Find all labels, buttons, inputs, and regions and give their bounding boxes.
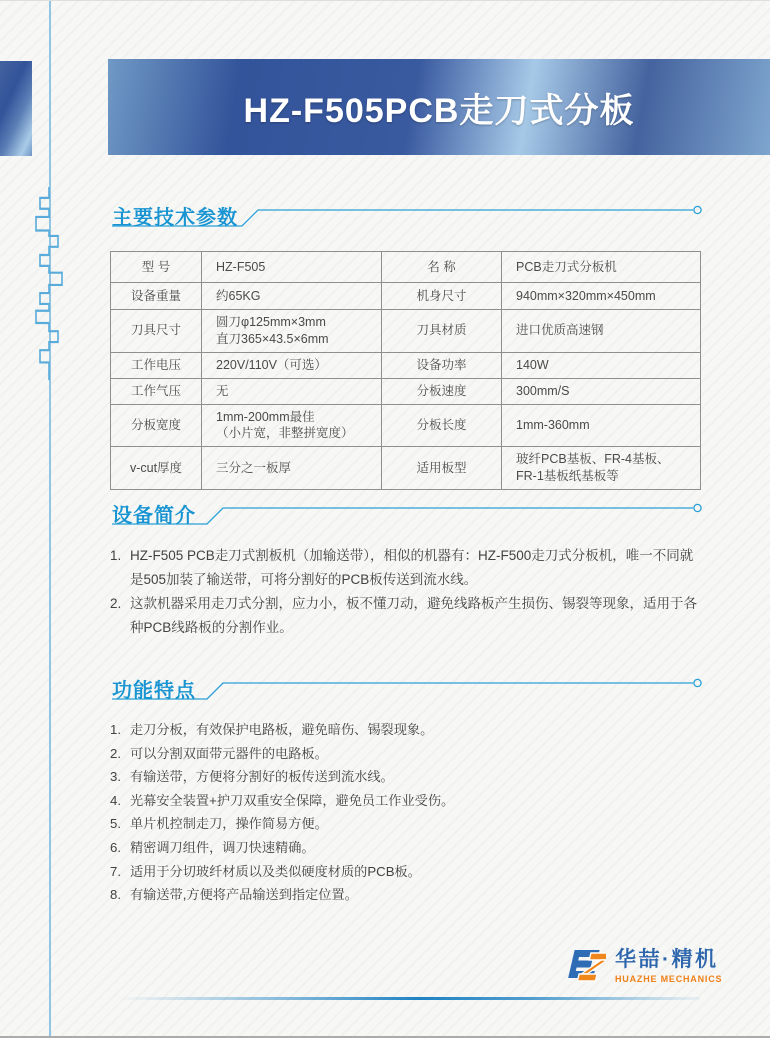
section-title: 设备简介 bbox=[112, 499, 196, 528]
item-text: 适用于分切玻纤材质以及类似硬度材质的PCB板。 bbox=[130, 860, 706, 884]
section-specs-header: 主要技术参数 bbox=[110, 201, 704, 233]
item-text: 光幕安全装置+护刀双重安全保障，避免员工作业受伤。 bbox=[130, 789, 706, 813]
list-item: 2. 可以分割双面带元器件的电路板。 bbox=[110, 742, 706, 766]
table-row: 工作气压 无 分板速度 300mm/S bbox=[111, 378, 701, 404]
table-row: 型 号 HZ-F505 名 称 PCB走刀式分板机 bbox=[111, 252, 701, 283]
item-number: 7. bbox=[110, 860, 130, 884]
spec-label: 设备功率 bbox=[382, 352, 502, 378]
item-number: 2. bbox=[110, 592, 130, 640]
spec-table: 型 号 HZ-F505 名 称 PCB走刀式分板机 设备重量 约65KG 机身尺… bbox=[110, 251, 701, 490]
logo-text: 华喆·精机 HUAZHE MECHANICS bbox=[615, 947, 722, 985]
item-text: 精密调刀组件，调刀快速精确。 bbox=[130, 836, 706, 860]
spec-label: 适用板型 bbox=[382, 447, 502, 490]
item-number: 8. bbox=[110, 883, 130, 907]
table-row: 分板宽度 1mm-200mm最佳 （小片宽，非整拼宽度） 分板长度 1mm-36… bbox=[111, 404, 701, 447]
spec-label: 名 称 bbox=[382, 252, 502, 283]
item-text: HZ-F505 PCB走刀式割板机（加输送带），相似的机器有：HZ-F500走刀… bbox=[130, 544, 706, 592]
section-title: 主要技术参数 bbox=[112, 201, 238, 230]
list-item: 2. 这款机器采用走刀式分割，应力小，板不懂刀动，避免线路板产生损伤、锡裂等现象… bbox=[110, 592, 706, 640]
title-banner: HZ-F505PCB走刀式分板 bbox=[108, 59, 770, 155]
features-list: 1. 走刀分板，有效保护电路板，避免暗伤、锡裂现象。 2. 可以分割双面带元器件… bbox=[110, 718, 706, 907]
item-number: 4. bbox=[110, 789, 130, 813]
item-number: 1. bbox=[110, 544, 130, 592]
table-row: 设备重量 约65KG 机身尺寸 940mm×320mm×450mm bbox=[111, 283, 701, 310]
spec-value: 1mm-360mm bbox=[502, 404, 701, 447]
section-rule-icon bbox=[110, 499, 704, 531]
item-number: 6. bbox=[110, 836, 130, 860]
spec-label: 分板长度 bbox=[382, 404, 502, 447]
list-item: 6. 精密调刀组件，调刀快速精确。 bbox=[110, 836, 706, 860]
spec-value: 约65KG bbox=[202, 283, 382, 310]
spec-label: 机身尺寸 bbox=[382, 283, 502, 310]
spec-value: 300mm/S bbox=[502, 378, 701, 404]
spec-label: 分板速度 bbox=[382, 378, 502, 404]
item-number: 1. bbox=[110, 718, 130, 742]
list-item: 7. 适用于分切玻纤材质以及类似硬度材质的PCB板。 bbox=[110, 860, 706, 884]
page-title: HZ-F505PCB走刀式分板 bbox=[244, 83, 635, 132]
spec-value: 无 bbox=[202, 378, 382, 404]
spec-value: 140W bbox=[502, 352, 701, 378]
logo-cn-text: 华喆·精机 bbox=[615, 947, 722, 973]
spec-label: 型 号 bbox=[111, 252, 202, 283]
table-row: v-cut厚度 三分之一板厚 适用板型 玻纤PCB基板、FR-4基板、 FR-1… bbox=[111, 447, 701, 490]
table-row: 刀具尺寸 圆刀φ125mm×3mm 直刀365×43.5×6mm 刀具材质 进口… bbox=[111, 310, 701, 353]
list-item: 8. 有输送带,方便将产品输送到指定位置。 bbox=[110, 883, 706, 907]
list-item: 5. 单片机控制走刀，操作简易方便。 bbox=[110, 812, 706, 836]
spec-label: 分板宽度 bbox=[111, 404, 202, 447]
spec-value: HZ-F505 bbox=[202, 252, 382, 283]
spec-value: 进口优质高速钢 bbox=[502, 310, 701, 353]
huazhe-logo-icon bbox=[560, 943, 606, 989]
left-accent-bar bbox=[0, 61, 32, 156]
spec-value: 220V/110V（可选） bbox=[202, 352, 382, 378]
item-text: 有输送带,方便将产品输送到指定位置。 bbox=[130, 883, 706, 907]
intro-list: 1. HZ-F505 PCB走刀式割板机（加输送带），相似的机器有：HZ-F50… bbox=[110, 544, 706, 640]
item-text: 可以分割双面带元器件的电路板。 bbox=[130, 742, 706, 766]
logo-en-text: HUAZHE MECHANICS bbox=[615, 973, 722, 985]
spec-label: 工作气压 bbox=[111, 378, 202, 404]
spec-value: 三分之一板厚 bbox=[202, 447, 382, 490]
item-text: 有输送带，方便将分割好的板传送到流水线。 bbox=[130, 765, 706, 789]
spec-value: 玻纤PCB基板、FR-4基板、 FR-1基板纸基板等 bbox=[502, 447, 701, 490]
product-sheet-page: HZ-F505PCB走刀式分板 主要技术参数 型 号 HZ-F505 名 称 P… bbox=[0, 0, 770, 1038]
item-text: 单片机控制走刀，操作简易方便。 bbox=[130, 812, 706, 836]
spec-label: 刀具尺寸 bbox=[111, 310, 202, 353]
section-features-header: 功能特点 bbox=[110, 674, 704, 706]
spec-label: v-cut厚度 bbox=[111, 447, 202, 490]
footer-divider-line bbox=[118, 997, 700, 1000]
vertical-guide-line bbox=[49, 1, 51, 1036]
item-text: 走刀分板，有效保护电路板，避免暗伤、锡裂现象。 bbox=[130, 718, 706, 742]
item-number: 3. bbox=[110, 765, 130, 789]
pcb-trace-icon bbox=[28, 187, 70, 391]
spec-value: 圆刀φ125mm×3mm 直刀365×43.5×6mm bbox=[202, 310, 382, 353]
list-item: 4. 光幕安全装置+护刀双重安全保障，避免员工作业受伤。 bbox=[110, 789, 706, 813]
list-item: 1. 走刀分板，有效保护电路板，避免暗伤、锡裂现象。 bbox=[110, 718, 706, 742]
section-rule-icon bbox=[110, 674, 704, 706]
company-logo: 华喆·精机 HUAZHE MECHANICS bbox=[560, 943, 722, 989]
list-item: 3. 有输送带，方便将分割好的板传送到流水线。 bbox=[110, 765, 706, 789]
item-text: 这款机器采用走刀式分割，应力小，板不懂刀动，避免线路板产生损伤、锡裂等现象，适用… bbox=[130, 592, 706, 640]
spec-value: 940mm×320mm×450mm bbox=[502, 283, 701, 310]
spec-value: PCB走刀式分板机 bbox=[502, 252, 701, 283]
spec-label: 工作电压 bbox=[111, 352, 202, 378]
section-intro-header: 设备简介 bbox=[110, 499, 704, 531]
spec-label: 设备重量 bbox=[111, 283, 202, 310]
spec-value: 1mm-200mm最佳 （小片宽，非整拼宽度） bbox=[202, 404, 382, 447]
item-number: 5. bbox=[110, 812, 130, 836]
table-row: 工作电压 220V/110V（可选） 设备功率 140W bbox=[111, 352, 701, 378]
item-number: 2. bbox=[110, 742, 130, 766]
spec-label: 刀具材质 bbox=[382, 310, 502, 353]
list-item: 1. HZ-F505 PCB走刀式割板机（加输送带），相似的机器有：HZ-F50… bbox=[110, 544, 706, 592]
section-title: 功能特点 bbox=[112, 674, 196, 703]
